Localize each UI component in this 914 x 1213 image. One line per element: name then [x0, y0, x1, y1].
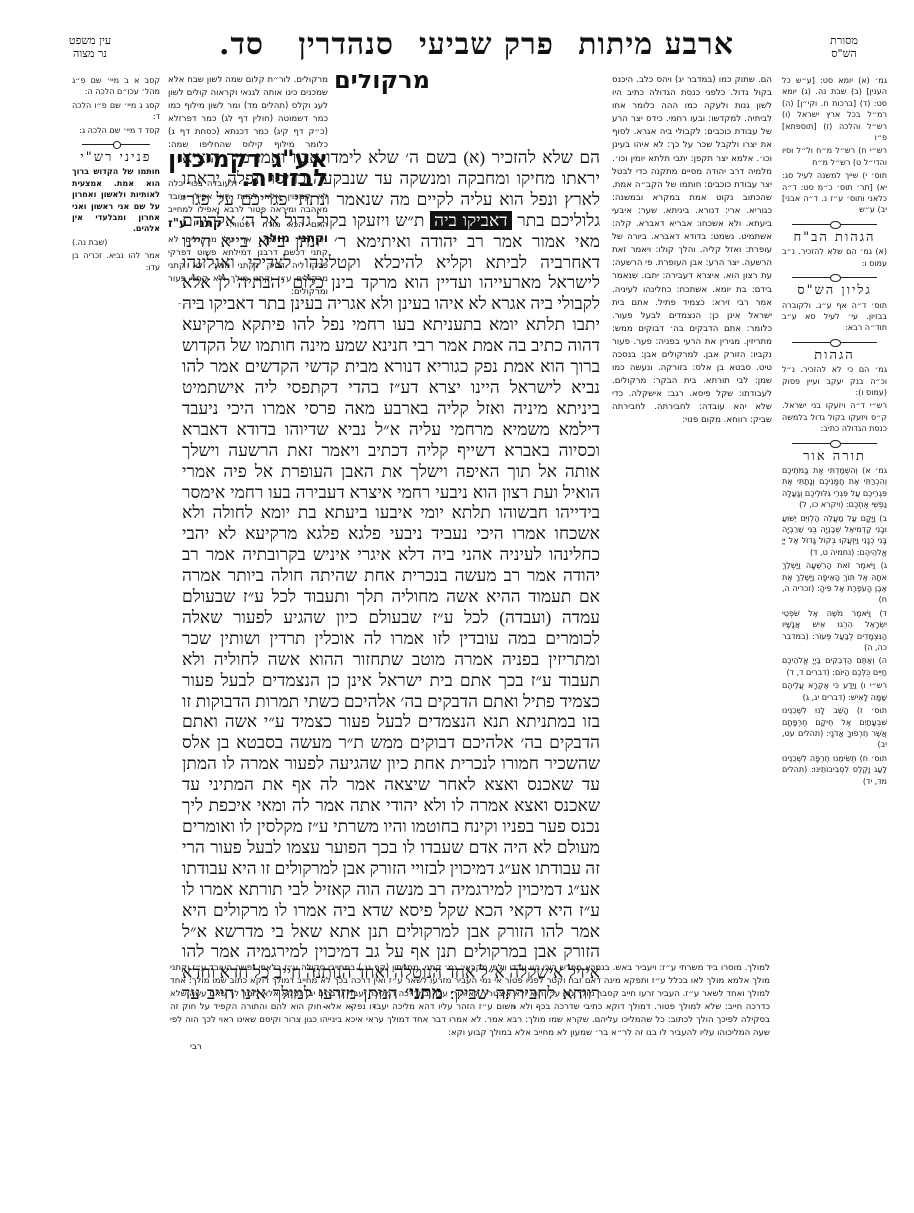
gemara-paragraph: הם שלא להזכיר (א) בשם ה׳ שלא לימדו אביו … [182, 148, 600, 1008]
perek-title: ארבע מיתות [578, 30, 734, 60]
pninei-rashi-source: (שבת נה.) [72, 237, 160, 248]
folio-number: סד. [219, 30, 264, 60]
ein-mishpat-entry: קסב א ב מיי׳ שם פ״ג מהל׳ עכו״ם הלכה ה: [72, 75, 160, 98]
torah-or-entry: תוס׳ ח) תְּשִׂימֵנוּ חֶרְפָּה לִשְׁכֵנֵי… [782, 753, 887, 787]
masoret-entry: גמ׳ (א) יומא סט: [ע״ש כל הענין] (ב) שבת … [782, 75, 887, 143]
ein-mishpat-entry: קסד ד מיי׳ שם הלכה ג: [72, 125, 160, 136]
pninei-rashi-entry: אמר להו נביא. זכריה בן עדו: [72, 250, 160, 273]
ornament-divider [792, 220, 877, 228]
highlighted-phrase: דאביקו ביה [430, 211, 511, 230]
ornament-divider [792, 439, 877, 447]
ein-mishpat-label: עין משפט נר מצוה [60, 34, 120, 60]
catchword: רבי [170, 1041, 770, 1054]
pninei-rashi-entry: חותמו של הקדוש ברוך הוא אמת. אמצעית לאות… [72, 166, 160, 234]
hagahot-habach-title: הגהות הב"ח [782, 232, 887, 243]
tractate-name: סנהדרין [298, 30, 394, 60]
hagahot-entry: רש״י ד״ה ויזעקו בני ישראל. ק״ס ויזעקו בק… [782, 400, 887, 434]
pninei-rashi-title: פניני רש"י [72, 152, 160, 163]
ein-mishpat-entry: קסג ג מיי׳ שם פ״ו הלכה ד: [72, 100, 160, 123]
masoret-label: מסורת הש"ס [814, 34, 874, 60]
hagahot-title: הגהות [782, 350, 887, 361]
gemara-text: הם שלא להזכיר (א) בשם ה׳ שלא לימדו אביו … [182, 148, 600, 1008]
torah-or-entry: ב) וַיָּקָם עַל מַעֲלֵה הַלְוִיִּם יֵשׁו… [782, 513, 887, 559]
torah-or-entry: ג) וַיֹּאמֶר זֹאת הָרִשְׁעָה וַיַּשְׁלֵך… [782, 560, 887, 606]
ornament-divider [792, 273, 877, 281]
page-header: מסורת הש"ס ארבע מיתות פרק שביעי סנהדרין … [0, 20, 914, 70]
gilyon-hashas-title: גליון הש"ס [782, 285, 887, 296]
gilyon-hashas-entry: תוס׳ ד״ה אף ע״ג. ולקוברה בבזיון. עי׳ לעי… [782, 300, 887, 334]
ornament-divider [792, 338, 877, 346]
rashi-text: הם. שתוק כמו (במדבר יג) ויהס כלב. היכנס … [612, 74, 772, 428]
ein-mishpat-column: קסב א ב מיי׳ שם פ״ג מהל׳ עכו״ם הלכה ה: ק… [72, 75, 160, 275]
rashi-column: הם. שתוק כמו (במדבר יג) ויהס כלב. היכנס … [612, 74, 772, 954]
torah-or-entry: ה) וְאַתֶּם הַדְּבֵקִים בַּיְיָ אֱלֹהֵיכ… [782, 655, 887, 678]
torah-or-entry: ד) וַיֹּאמֶר מֹשֶׁה אֶל שֹׁפְטֵי יִשְׂרָ… [782, 608, 887, 654]
masoret-entry: רש״י ח) רש״ל מ״ח ול״ל וסיו והדי״ל ט) רש״… [782, 145, 887, 168]
torah-or-entry: תוס׳ ז) הָשֵׁב לָנוּ לִשְׁכֵנֵינוּ שִׁבְ… [782, 705, 887, 751]
torah-or-title: תורה אור [782, 451, 887, 462]
hagahot-entry: גמ׳ הם כי לא להזכיר. נ״ל וכ״ה בנק יעקב ו… [782, 364, 887, 398]
torah-or-entry: גמ׳ א) וְהִשְׁמַדְתִּי אֶת בָּמֹתֵיכֶם ו… [782, 465, 887, 511]
torah-or-entry: רש״י ו) וַיֵּדַע כִּי אֶקְרָא עֲלֵיהֶם ש… [782, 680, 887, 703]
tosafot-heading-band: מרקולים [330, 74, 430, 144]
ornament-divider [82, 140, 150, 148]
gemara-opening-word: מרקולים [334, 74, 430, 94]
masoret-entry: תוס׳ י) שייך למשנה לעיל סג: יא) [תר׳ תוס… [782, 170, 887, 216]
right-margin-column: גמ׳ (א) יומא סט: [ע״ש כל הענין] (ב) שבת … [782, 75, 887, 1085]
rashi-bottom-text: למולך. מוסרו ביד משרתי ע״ז: ויעביר באש. … [170, 962, 770, 1041]
hagahot-habach-entry: (א) גמ׳ הם שלא להזכיר. נ״ב עמוס ו: [782, 246, 887, 269]
rashi-bottom-band: למולך. מוסרו ביד משרתי ע״ז: ויעביר באש. … [170, 962, 770, 1092]
perek-number: פרק שביעי [419, 30, 554, 60]
